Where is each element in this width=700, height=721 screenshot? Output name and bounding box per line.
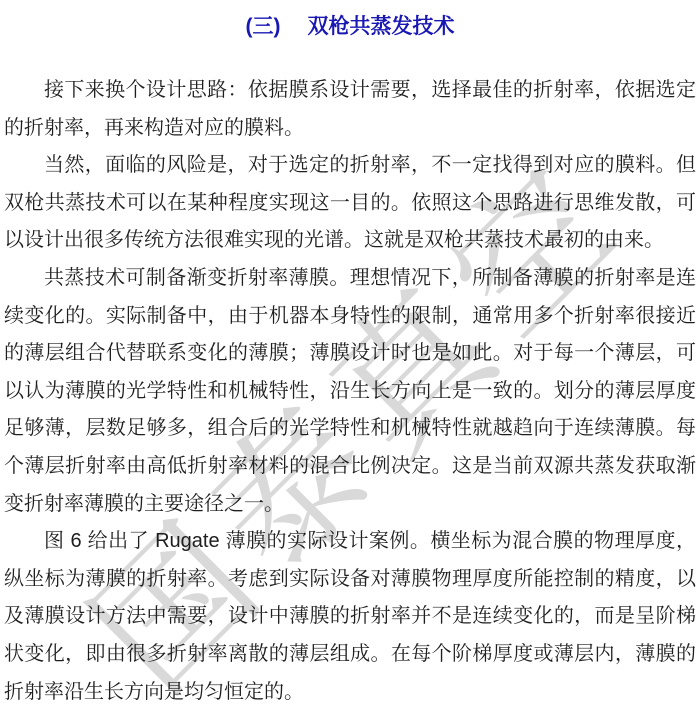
paragraph: 当然，面临的风险是，对于选定的折射率，不一定找得到对应的膜料。但双枪共蒸技术可以… (4, 147, 696, 260)
section-heading-number: (三) (246, 10, 281, 40)
section-heading: (三) 双枪共蒸发技术 (0, 10, 700, 40)
document-body: 接下来换个设计思路：依据膜系设计需要，选择最佳的折射率，依据选定的折射率，再来构… (4, 72, 696, 711)
document-page: 国泰真空 (三) 双枪共蒸发技术 接下来换个设计思路：依据膜系设计需要，选择最佳… (0, 0, 700, 721)
paragraph: 接下来换个设计思路：依据膜系设计需要，选择最佳的折射率，依据选定的折射率，再来构… (4, 72, 696, 147)
paragraph: 图 6 给出了 Rugate 薄膜的实际设计案例。横坐标为混合膜的物理厚度，纵坐… (4, 523, 696, 711)
paragraph: 共蒸技术可制备渐变折射率薄膜。理想情况下，所制备薄膜的折射率是连续变化的。实际制… (4, 260, 696, 523)
section-heading-title: 双枪共蒸发技术 (308, 10, 455, 40)
